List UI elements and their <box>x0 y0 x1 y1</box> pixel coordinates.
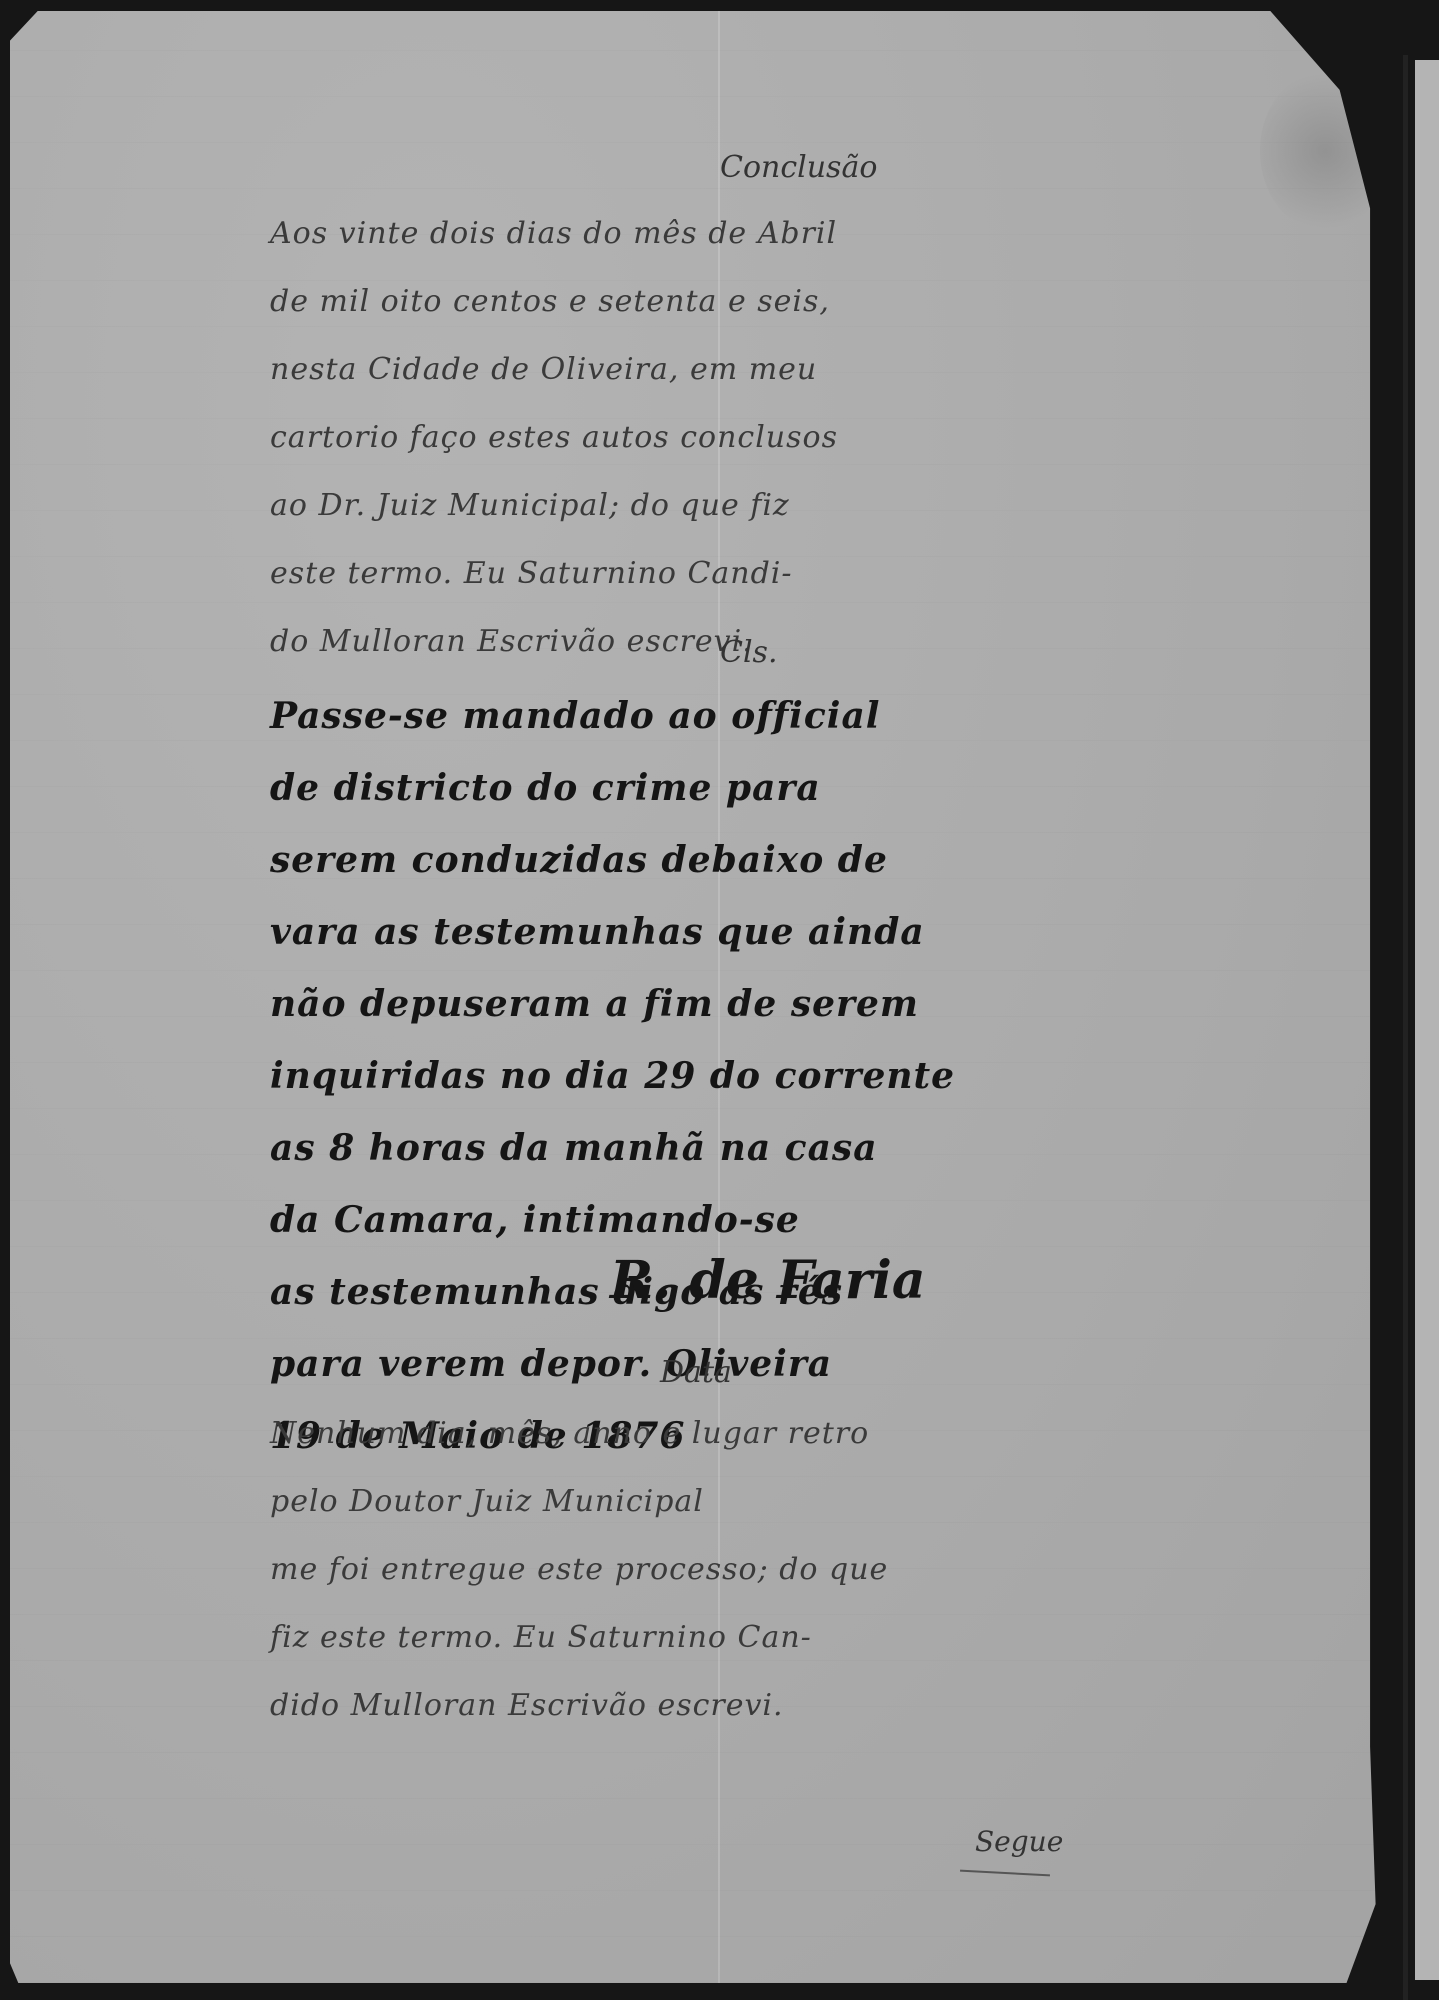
text-line: me foi entregue este processo; do que <box>270 1536 1110 1604</box>
text-line: de mil oito centos e setenta e seis, <box>270 268 1110 336</box>
document-scan: Conclusão Aos vinte dois dias do mês de … <box>0 0 1439 2000</box>
judge-signature: R. de Faria <box>610 1250 926 1311</box>
text-line: fiz este termo. Eu Saturnino Can- <box>270 1604 1110 1672</box>
foxing-stain <box>1260 71 1390 231</box>
text-line: de districto do crime para <box>270 752 1110 824</box>
text-line: da Camara, intimando-se <box>270 1184 1110 1256</box>
text-line: do Mulloran Escrivão escrevi. <box>270 608 1110 676</box>
text-line: vara as testemunhas que ainda <box>270 896 1110 968</box>
text-line: não depuseram a fim de serem <box>270 968 1110 1040</box>
text-line: Aos vinte dois dias do mês de Abril <box>270 200 1110 268</box>
section-despacho-text: Passe-se mandado ao official de district… <box>270 680 1110 1472</box>
section-heading-cls: Cls. <box>720 635 777 670</box>
section-heading-conclusao: Conclusão <box>720 150 877 185</box>
text-line: serem conduzidas debaixo de <box>270 824 1110 896</box>
text-line: dido Mulloran Escrivão escrevi. <box>270 1672 1110 1740</box>
page-binding-edge <box>1403 55 1408 2000</box>
text-line: Nenhum dia, mês, anno e lugar retro <box>270 1400 1110 1468</box>
adjacent-page-edge <box>1415 60 1439 1980</box>
text-line: nesta Cidade de Oliveira, em meu <box>270 336 1110 404</box>
text-line: as 8 horas da manhã na casa <box>270 1112 1110 1184</box>
text-line: inquiridas no dia 29 do corrente <box>270 1040 1110 1112</box>
section-conclusao-text: Aos vinte dois dias do mês de Abril de m… <box>270 200 1110 676</box>
text-line: Passe-se mandado ao official <box>270 680 1110 752</box>
catchword-segue: Segue <box>975 1825 1063 1858</box>
section-heading-data: Data <box>660 1355 732 1390</box>
text-line: pelo Doutor Juiz Municipal <box>270 1468 1110 1536</box>
section-data-text: Nenhum dia, mês, anno e lugar retro pelo… <box>270 1400 1110 1740</box>
text-line: este termo. Eu Saturnino Candi- <box>270 540 1110 608</box>
text-line: ao Dr. Juiz Municipal; do que fiz <box>270 472 1110 540</box>
text-line: cartorio faço estes autos conclusos <box>270 404 1110 472</box>
